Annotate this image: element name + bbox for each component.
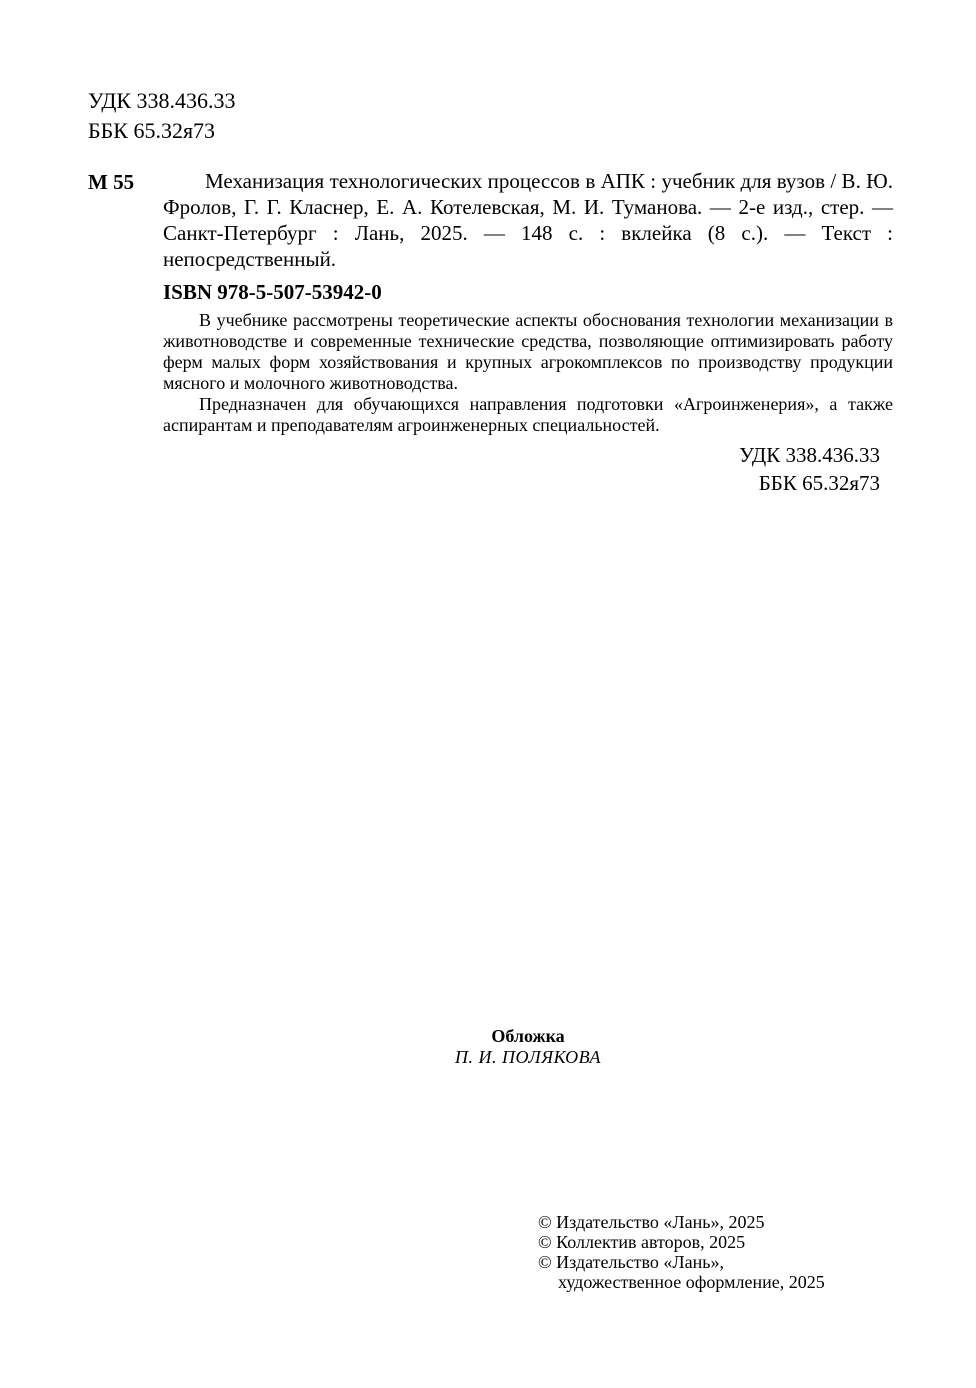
book-imprint-page: УДК 338.436.33 ББК 65.32я73 М 55 Механиз… <box>0 0 976 1388</box>
annotation-paragraph-1: В учебнике рассмотрены теоретические асп… <box>163 310 893 394</box>
isbn-number: ISBN 978-5-507-53942-0 <box>163 280 382 305</box>
cover-designer-name: П. И. ПОЛЯКОВА <box>163 1047 893 1068</box>
cover-credit-label: Обложка <box>163 1026 893 1047</box>
top-classification-codes: УДК 338.436.33 ББК 65.32я73 <box>88 86 236 146</box>
udk-code-top: УДК 338.436.33 <box>88 86 236 116</box>
copyright-line-publisher: © Издательство «Лань», 2025 <box>538 1212 838 1232</box>
copyright-block: © Издательство «Лань», 2025 © Коллектив … <box>538 1212 838 1292</box>
bbk-code-bottom: ББК 65.32я73 <box>739 469 880 497</box>
bottom-classification-codes: УДК 338.436.33 ББК 65.32я73 <box>739 441 880 497</box>
annotation-paragraph-2: Предназначен для обучающихся направления… <box>163 394 893 436</box>
udk-code-bottom: УДК 338.436.33 <box>739 441 880 469</box>
copyright-line-artwork: © Издательство «Лань», художественное оф… <box>538 1252 838 1292</box>
copyright-line-authors: © Коллектив авторов, 2025 <box>538 1232 838 1252</box>
catalog-entry-label: М 55 <box>88 170 134 195</box>
cover-credit-block: Обложка П. И. ПОЛЯКОВА <box>163 1026 893 1068</box>
bibliographic-description: Механизация технологических процессов в … <box>163 168 893 272</box>
bbk-code-top: ББК 65.32я73 <box>88 116 236 146</box>
annotation-block: В учебнике рассмотрены теоретические асп… <box>163 310 893 436</box>
